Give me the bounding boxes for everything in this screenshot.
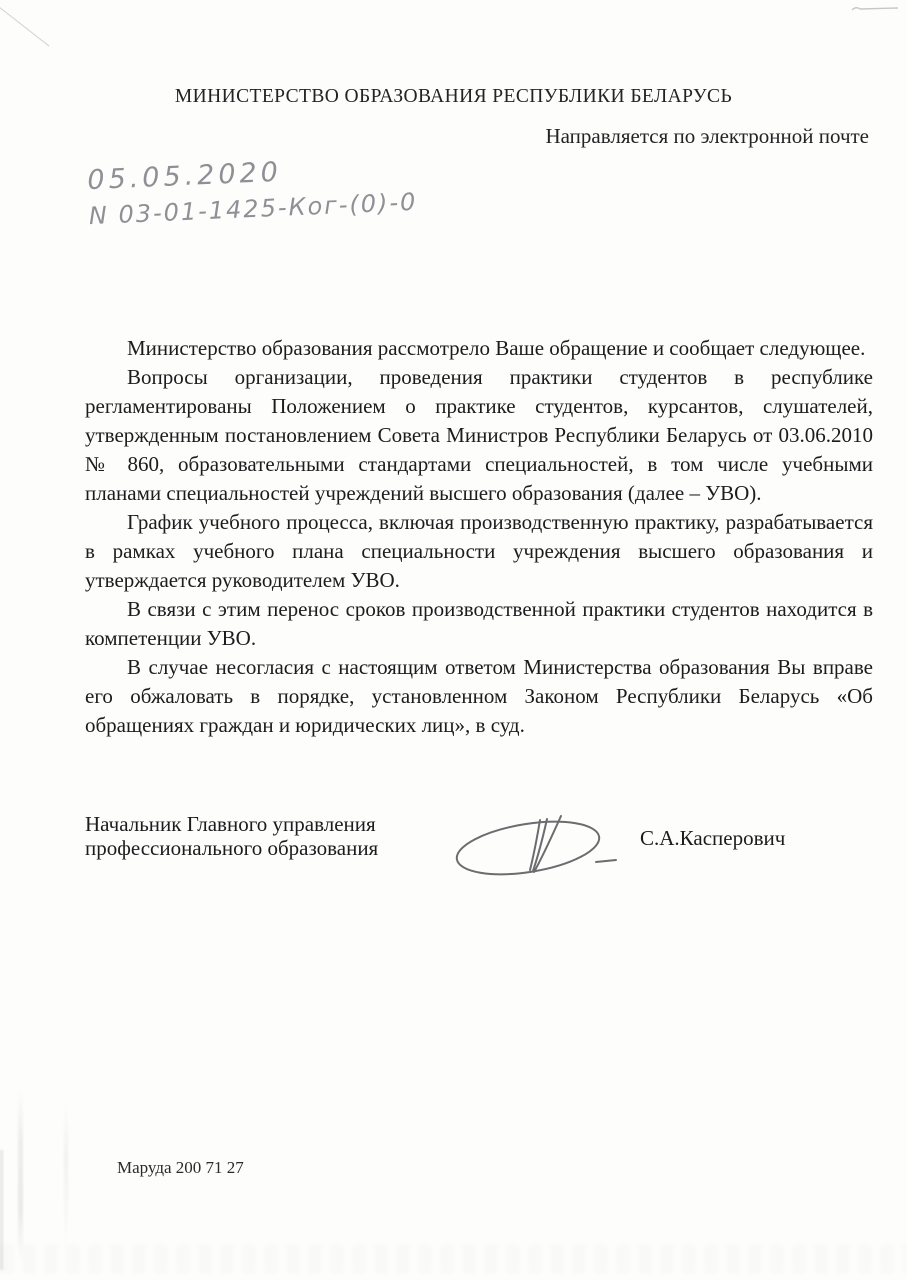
paragraph: График учебного процесса, включая произв… (85, 508, 873, 595)
signer-position: Начальник Главного управления профессион… (85, 812, 378, 860)
signature-mark (448, 810, 618, 882)
paragraph: Вопросы организации, проведения практики… (85, 363, 873, 508)
ministry-title: МИНИСТЕРСТВО ОБРАЗОВАНИЯ РЕСПУБЛИКИ БЕЛА… (0, 86, 907, 108)
scan-corner-line (0, 6, 50, 46)
paragraph: В случае несогласия с настоящим ответом … (85, 653, 873, 740)
scanned-letter-page: МИНИСТЕРСТВО ОБРАЗОВАНИЯ РЕСПУБЛИКИ БЕЛА… (0, 0, 907, 1280)
letter-body: Министерство образования рассмотрело Ваш… (85, 334, 873, 740)
executor-contact: Маруда 200 71 27 (117, 1158, 244, 1178)
paragraph: Министерство образования рассмотрело Ваш… (85, 334, 873, 363)
paragraph: В связи с этим перенос сроков производст… (85, 595, 873, 653)
scan-smudge (0, 1150, 3, 1270)
signer-position-line1: Начальник Главного управления (85, 812, 378, 836)
page-bleed-through (0, 1244, 907, 1274)
handwritten-registration: 05.05.2020 N 03-01-1425-Ког-(0)-0 (87, 151, 418, 230)
scan-smudge (18, 1090, 23, 1260)
handwritten-reference-number: N 03-01-1425-Ког-(0)-0 (88, 188, 418, 230)
delivery-note: Направляется по электронной почте (545, 124, 869, 149)
signer-name: С.А.Касперович (640, 826, 785, 851)
pencil-mark (850, 4, 902, 14)
scan-smudge (64, 1100, 68, 1250)
signer-position-line2: профессионального образования (85, 836, 378, 860)
